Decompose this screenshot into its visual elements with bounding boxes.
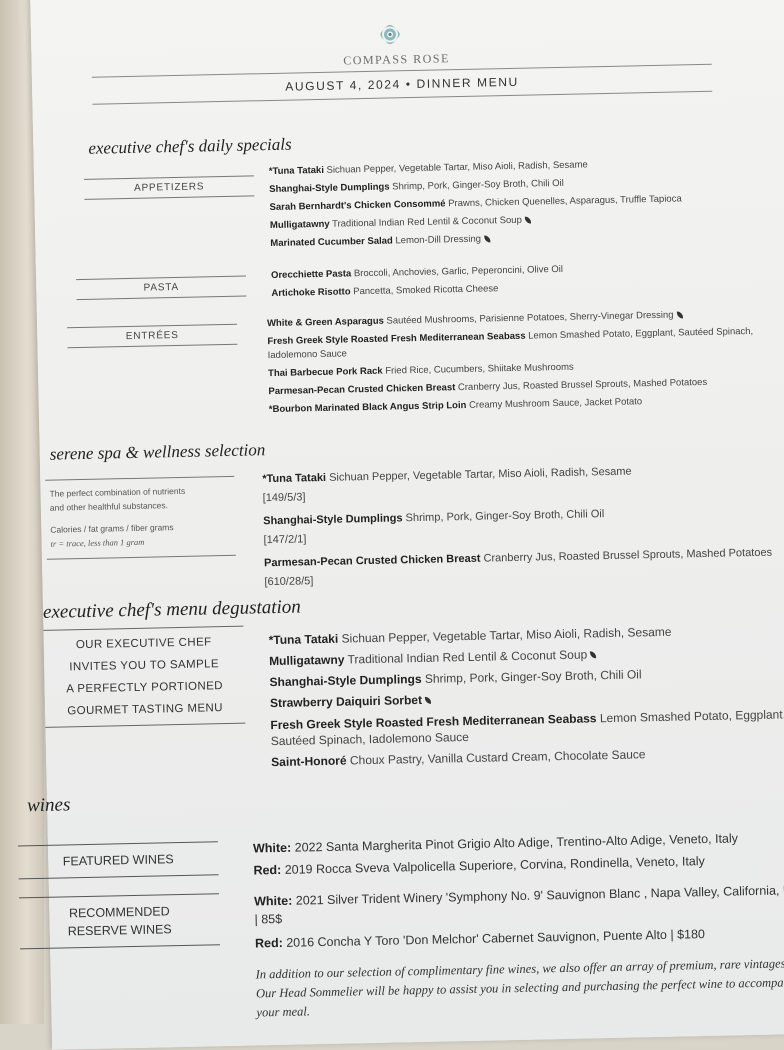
trace-note: tr = trace, less than 1 gram — [50, 537, 144, 549]
reserve-wines-list: White: 2021 Silver Trident Winery 'Symph… — [254, 877, 784, 955]
wine-item: White: 2021 Silver Trident Winery 'Symph… — [254, 881, 784, 929]
restaurant-name: COMPASS ROSE — [331, 51, 461, 69]
reserve-wines-label: RECOMMENDED RESERVE WINES — [19, 893, 220, 949]
menu-item: Shanghai-Style Dumplings Shrimp, Pork, G… — [263, 501, 784, 550]
degustation-list: *Tuna Tataki Sichuan Pepper, Vegetable T… — [268, 619, 784, 773]
vegetarian-leaf-icon — [525, 217, 531, 224]
spa-title: serene spa & wellness selection — [50, 440, 266, 465]
category-pasta: PASTA — [76, 276, 246, 301]
compass-rose-icon — [376, 20, 405, 49]
menu-item: Parmesan-Pecan Crusted Chicken Breast Cr… — [264, 543, 784, 592]
menu-item: *Tuna Tataki Sichuan Pepper, Vegetable T… — [262, 459, 784, 508]
sommelier-note: In addition to our selection of complime… — [255, 954, 784, 1023]
spa-note-box: The perfect combination of nutrients and… — [45, 476, 236, 560]
menu-page: COMPASS ROSE AUGUST 4, 2024 • DINNER MEN… — [30, 0, 784, 1024]
category-entrees: ENTRÉES — [67, 324, 237, 349]
entrees-list: White & Green Asparagus Sautéed Mushroom… — [267, 304, 784, 419]
category-appetizers: APPETIZERS — [84, 175, 254, 200]
spa-list: *Tuna Tataki Sichuan Pepper, Vegetable T… — [262, 459, 784, 592]
dateline-text: AUGUST 4, 2024 • DINNER MENU — [285, 75, 519, 94]
vegetarian-leaf-icon — [484, 235, 490, 242]
degustation-title: executive chef's menu degustation — [43, 596, 301, 623]
menu-dateline: AUGUST 4, 2024 • DINNER MENU — [92, 64, 712, 105]
wines-title: wines — [27, 794, 71, 817]
featured-wines-label: FEATURED WINES — [18, 841, 219, 879]
degustation-intro: OUR EXECUTIVE CHEF INVITES YOU TO SAMPLE… — [43, 626, 245, 728]
pasta-list: Orecchiette Pasta Broccoli, Anchovies, G… — [271, 256, 784, 303]
spa-note: and other healthful substances. — [50, 497, 235, 515]
vegetarian-leaf-icon — [425, 697, 431, 704]
daily-specials-title: executive chef's daily specials — [88, 135, 292, 159]
featured-wines-list: White: 2022 Santa Margherita Pinot Grigi… — [253, 826, 784, 882]
vegetarian-leaf-icon — [676, 311, 682, 318]
appetizers-list: *Tuna Tataki Sichuan Pepper, Vegetable T… — [269, 152, 784, 253]
vegetarian-leaf-icon — [590, 652, 596, 659]
